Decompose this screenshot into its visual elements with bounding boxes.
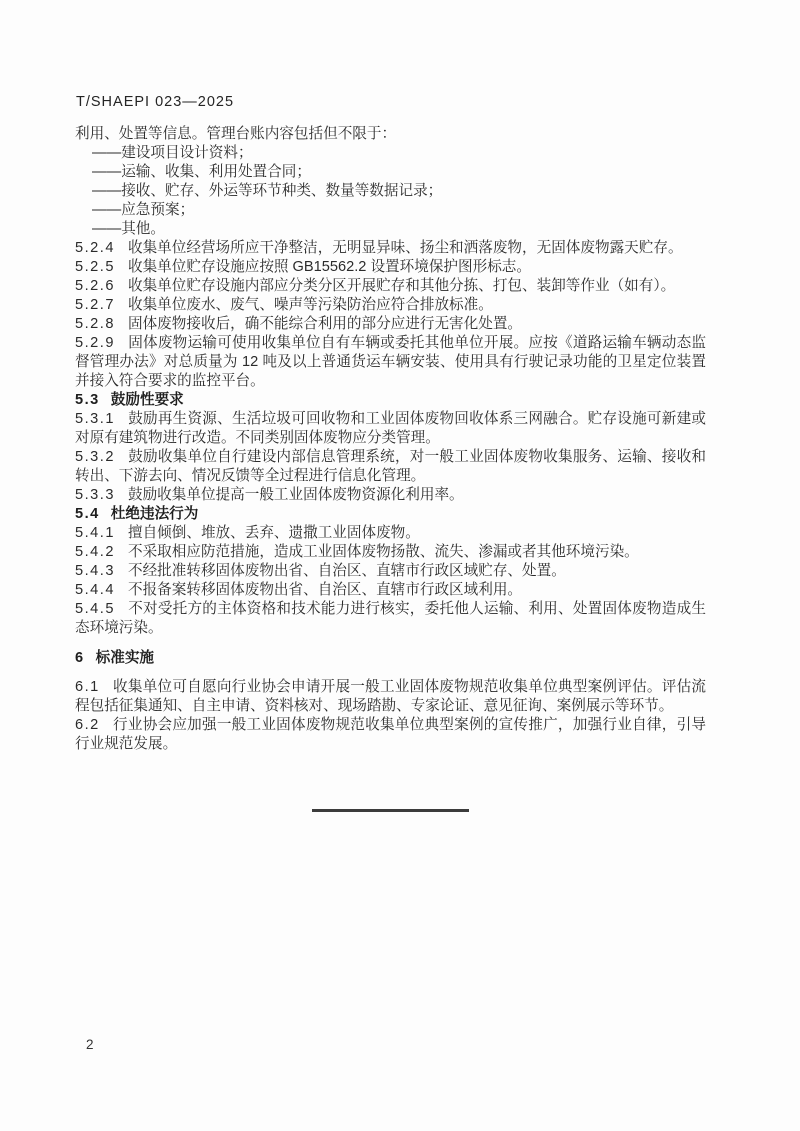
clause-number: 5.3.1 [75,411,115,427]
section-heading-5-3: 5.3鼓励性要求 [75,391,706,410]
clause-5-4-5: 5.4.5不对受托方的主体资格和技术能力进行核实，委托他人运输、利用、处置固体废… [75,600,706,638]
clause-text: 收集单位经营场所应干净整洁，无明显异味、扬尘和洒落废物，无固体废物露天贮存。 [128,240,683,256]
clause-6-1: 6.1收集单位可自愿向行业协会申请开展一般工业固体废物规范收集单位典型案例评估。… [75,678,706,716]
clause-5-2-8: 5.2.8固体废物接收后，确不能综合利用的部分应进行无害化处置。 [75,315,706,334]
heading-number: 6 [75,650,85,666]
clause-number: 6.1 [75,679,100,695]
clause-5-4-1: 5.4.1擅自倾倒、堆放、丢弃、遗撒工业固体废物。 [75,524,706,543]
end-of-text-rule [312,809,469,812]
dash-list-item: ——建设项目设计资料； [75,144,706,163]
clause-number: 5.3.3 [75,487,115,503]
dash-list-item: ——其他。 [75,220,706,239]
clause-5-4-3: 5.4.3不经批准转移固体废物出省、自治区、直辖市行政区域贮存、处置。 [75,562,706,581]
clause-6-2: 6.2行业协会应加强一般工业固体废物规范收集单位典型案例的宣传推广，加强行业自律… [75,716,706,754]
page-number: 2 [86,1037,94,1052]
clause-5-3-1: 5.3.1鼓励再生资源、生活垃圾可回收物和工业固体废物回收体系三网融合。贮存设施… [75,410,706,448]
dash-list-item: ——运输、收集、利用处置合同； [75,163,706,182]
dash-list-item: ——应急预案； [75,201,706,220]
clause-text: 不对受托方的主体资格和技术能力进行核实，委托他人运输、利用、处置固体废物造成生态… [75,601,706,636]
clause-5-2-4: 5.2.4收集单位经营场所应干净整洁，无明显异味、扬尘和洒落废物，无固体废物露天… [75,239,706,258]
dash-list: ——建设项目设计资料； ——运输、收集、利用处置合同； ——接收、贮存、外运等环… [75,144,706,239]
clause-5-2-5: 5.2.5收集单位贮存设施应按照 GB15562.2 设置环境保护图形标志。 [75,258,706,277]
clause-number: 5.4.5 [75,601,115,617]
clause-5-4-4: 5.4.4不报备案转移固体废物出省、自治区、直辖市行政区域利用。 [75,581,706,600]
section-heading-6: 6标准实施 [75,649,706,668]
doc-code-header: T/SHAEPI 023—2025 [76,94,234,110]
clause-number: 5.4.1 [75,525,115,541]
clause-5-3-2: 5.3.2鼓励收集单位自行建设内部信息管理系统，对一般工业固体废物收集服务、运输… [75,448,706,486]
clause-text: 鼓励收集单位提高一般工业固体废物资源化利用率。 [128,487,464,503]
clause-text: 不采取相应防范措施，造成工业固体废物扬散、流失、渗漏或者其他环境污染。 [128,544,639,560]
clause-text: 行业协会应加强一般工业固体废物规范收集单位典型案例的宣传推广，加强行业自律，引导… [75,717,706,752]
clause-5-2-6: 5.2.6收集单位贮存设施内部应分类分区开展贮存和其他分拣、打包、装卸等作业（如… [75,277,706,296]
clause-text: 收集单位贮存设施内部应分类分区开展贮存和其他分拣、打包、装卸等作业（如有）。 [128,278,675,294]
clause-number: 5.3.2 [75,449,115,465]
clause-text: 不报备案转移固体废物出省、自治区、直辖市行政区域利用。 [128,582,522,598]
clause-text: 擅自倾倒、堆放、丢弃、遗撒工业固体废物。 [128,525,420,541]
intro-paragraph: 利用、处置等信息。管理台账内容包括但不限于： [75,125,706,144]
clause-number: 6.2 [75,717,100,733]
dash-list-item: ——接收、贮存、外运等环节种类、数量等数据记录； [75,182,706,201]
heading-number: 5.4 [75,506,100,522]
clause-number: 5.2.6 [75,278,115,294]
clause-number: 5.2.5 [75,259,115,275]
heading-title: 鼓励性要求 [111,392,184,408]
heading-title: 杜绝违法行为 [111,506,199,522]
section-heading-5-4: 5.4杜绝违法行为 [75,505,706,524]
clause-number: 5.4.4 [75,582,115,598]
heading-number: 5.3 [75,392,100,408]
clause-5-2-9: 5.2.9固体废物运输可使用收集单位自有车辆或委托其他单位开展。应按《道路运输车… [75,334,706,391]
clause-number: 5.4.3 [75,563,115,579]
clause-number: 5.2.9 [75,335,115,351]
clause-text: 鼓励收集单位自行建设内部信息管理系统，对一般工业固体废物收集服务、运输、接收和转… [75,449,706,484]
clause-text: 固体废物接收后，确不能综合利用的部分应进行无害化处置。 [128,316,522,332]
clause-text: 鼓励再生资源、生活垃圾可回收物和工业固体废物回收体系三网融合。贮存设施可新建或对… [75,411,706,446]
document-page: T/SHAEPI 023—2025 利用、处置等信息。管理台账内容包括但不限于：… [0,0,800,1131]
clause-5-3-3: 5.3.3鼓励收集单位提高一般工业固体废物资源化利用率。 [75,486,706,505]
clause-number: 5.4.2 [75,544,115,560]
heading-title: 标准实施 [96,650,154,666]
clause-text: 固体废物运输可使用收集单位自有车辆或委托其他单位开展。应按《道路运输车辆动态监督… [75,335,706,389]
clause-number: 5.2.4 [75,240,115,256]
clause-text: 收集单位贮存设施应按照 GB15562.2 设置环境保护图形标志。 [128,259,531,275]
body-content: 利用、处置等信息。管理台账内容包括但不限于： ——建设项目设计资料； ——运输、… [75,125,706,754]
clause-number: 5.2.7 [75,297,115,313]
clause-5-2-7: 5.2.7收集单位废水、废气、噪声等污染防治应符合排放标准。 [75,296,706,315]
clause-5-4-2: 5.4.2不采取相应防范措施，造成工业固体废物扬散、流失、渗漏或者其他环境污染。 [75,543,706,562]
clause-text: 收集单位可自愿向行业协会申请开展一般工业固体废物规范收集单位典型案例评估。评估流… [75,679,706,714]
clause-text: 收集单位废水、废气、噪声等污染防治应符合排放标准。 [128,297,493,313]
clause-number: 5.2.8 [75,316,115,332]
clause-text: 不经批准转移固体废物出省、自治区、直辖市行政区域贮存、处置。 [128,563,566,579]
